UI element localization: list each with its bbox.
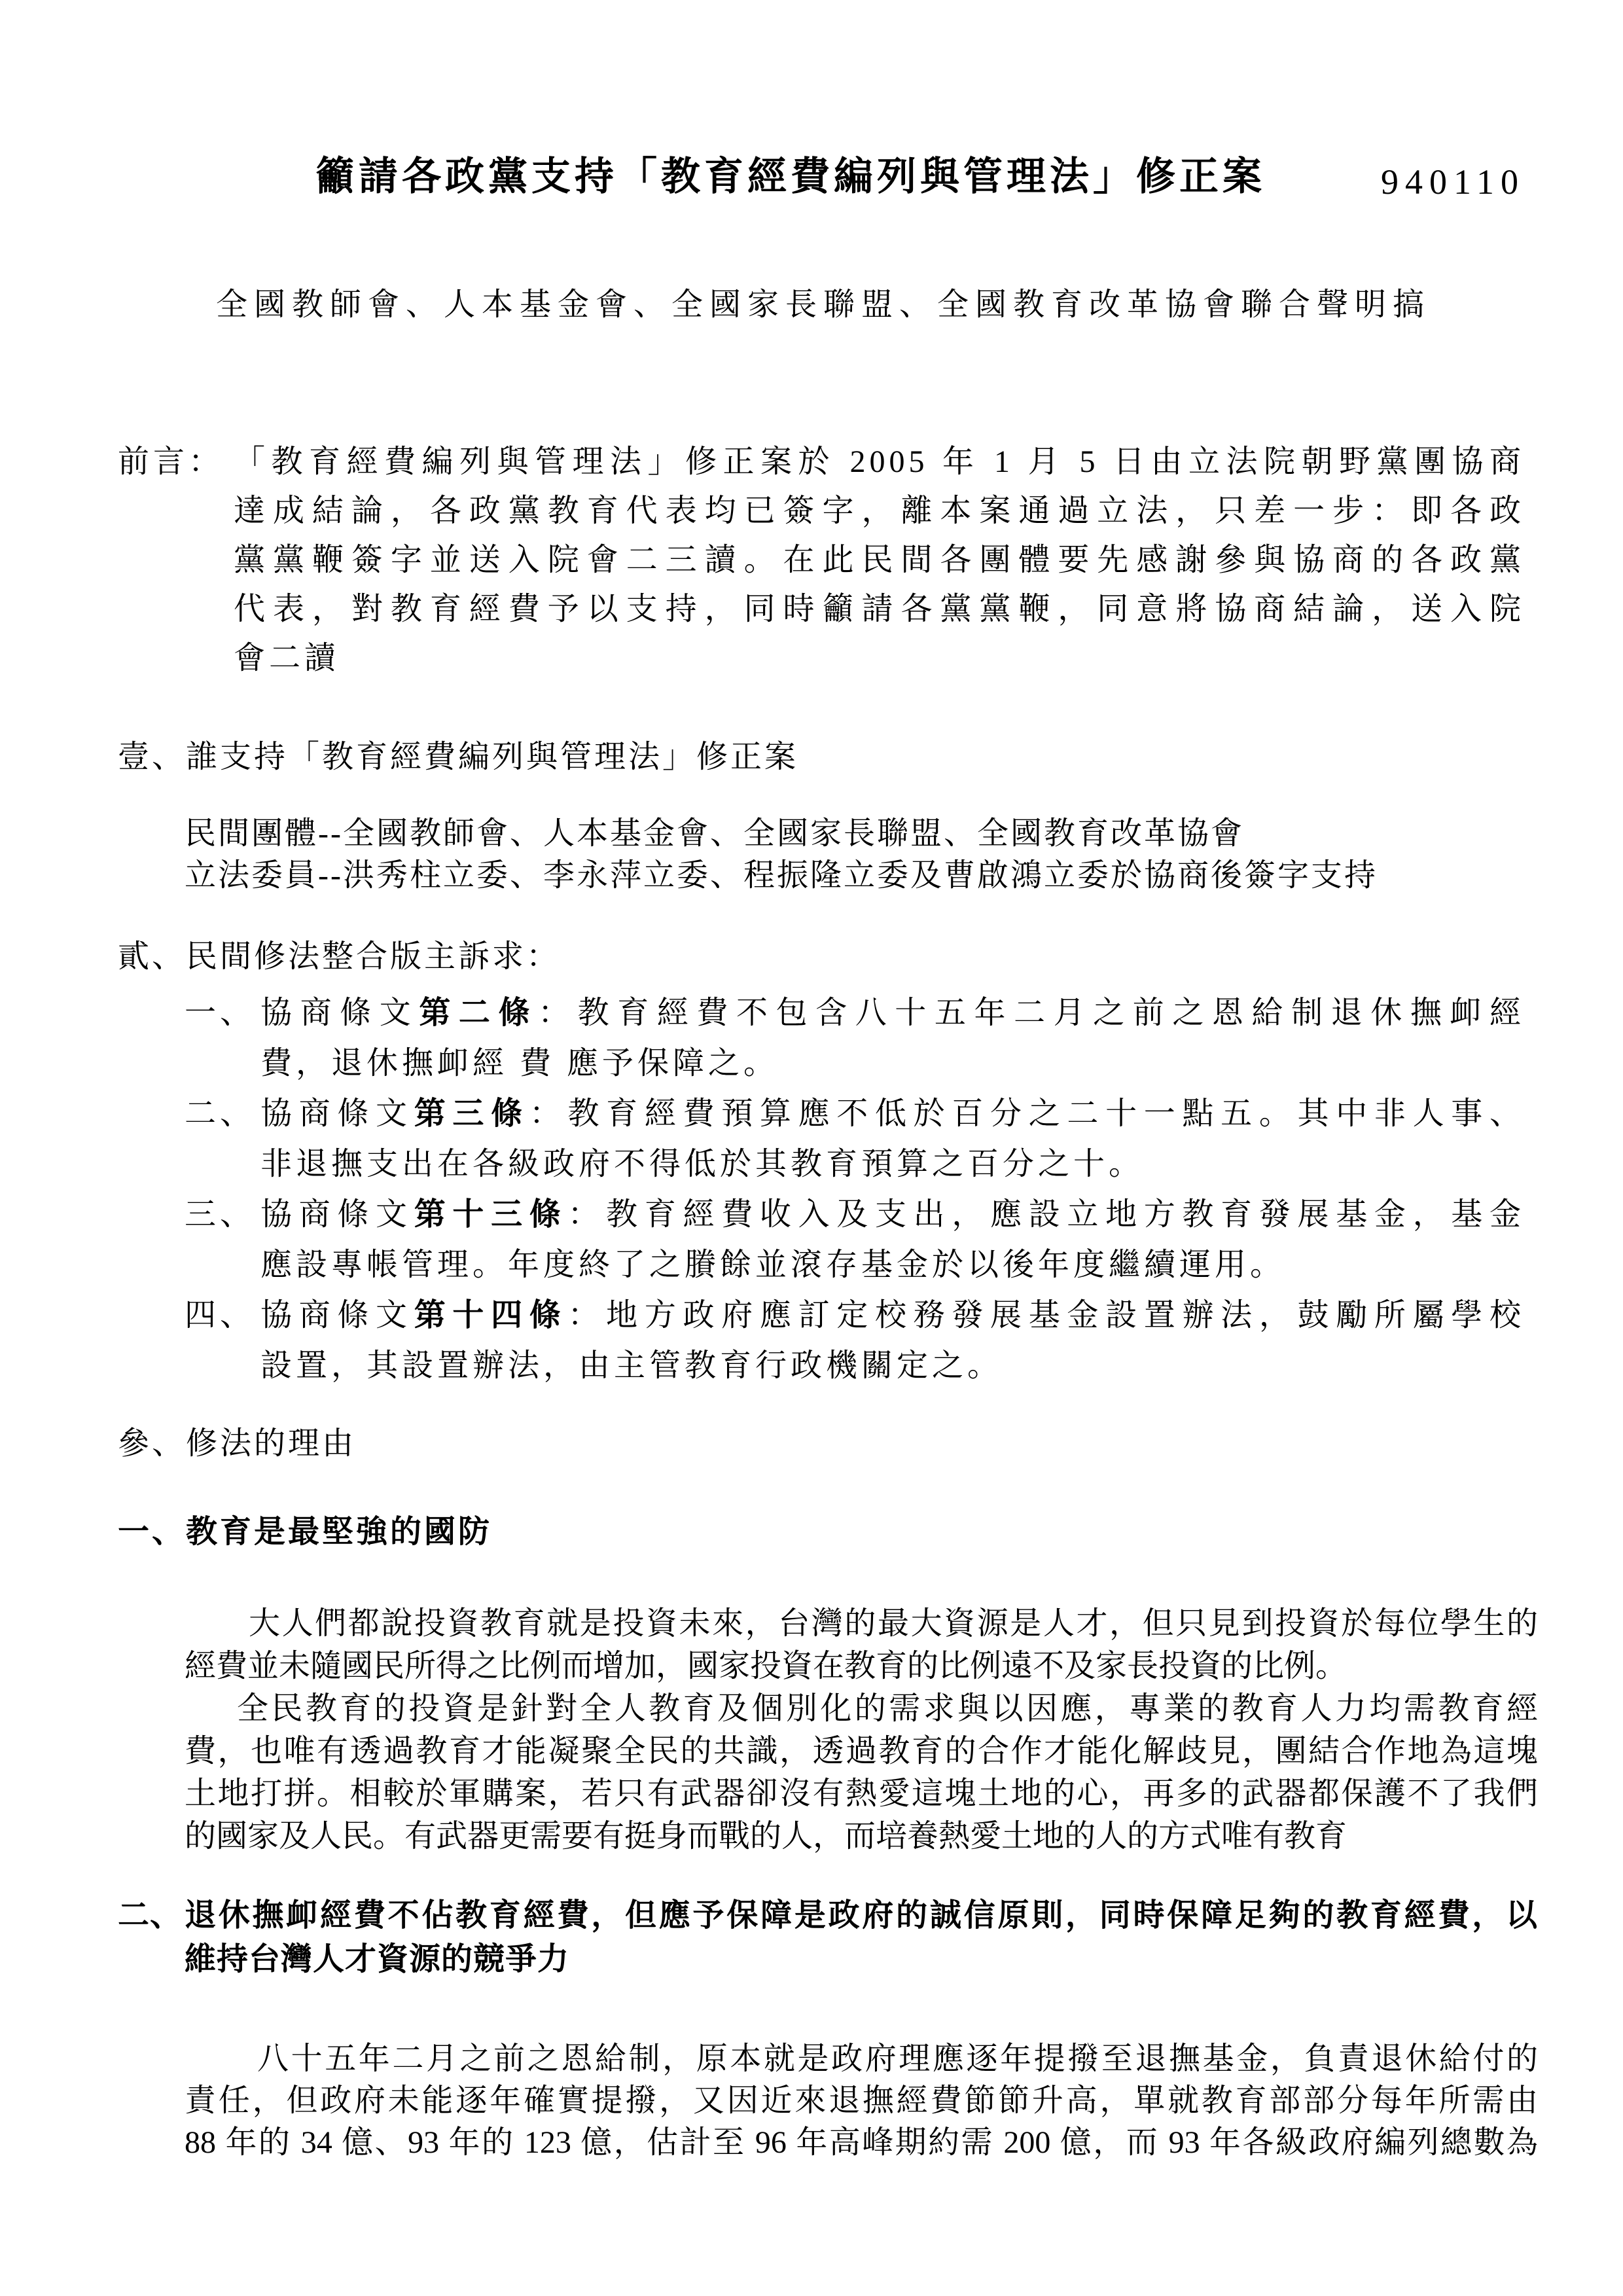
preface-line: 達成結論，各政黨教育代表均已簽字，離本案通過立法，只差一步：即各政 bbox=[234, 486, 1525, 535]
preface: 前言： 「教育經費編列與管理法」修正案於 2005 年 1 月 5 日由立法院朝… bbox=[118, 437, 1525, 683]
paragraph-line: 責任，但政府未能逐年確實提撥，又因近來退撫經費節節升高，單就教育部部分每年所需由 bbox=[185, 2080, 1538, 2122]
item-line: 費，退休撫卹經 費 應予保障之。 bbox=[260, 1038, 1525, 1088]
reason-2-marker: 二、 bbox=[118, 1893, 182, 1937]
item-line: 協商條文第十四條：地方政府應訂定校務發展基金設置辦法，鼓勵所屬學校 bbox=[260, 1290, 1525, 1340]
subtitle: 全國教師會、人本基金會、全國家長聯盟、全國教育改革協會聯合聲明搞 bbox=[216, 280, 1525, 330]
item-article-bold: 第三條 bbox=[414, 1096, 529, 1131]
reason-2-paragraph: 八十五年二月之前之恩給制，原本就是政府理應逐年提撥至退撫基金，負責退休給付的 責… bbox=[185, 2038, 1538, 2164]
reason-1-paragraph: 大人們都說投資教育就是投資未來，台灣的最大資源是人才，但只見到投資於每位學生的 … bbox=[185, 1602, 1538, 1857]
preface-line: 「教育經費編列與管理法」修正案於 2005 年 1 月 5 日由立法院朝野黨團協… bbox=[234, 437, 1525, 486]
civil-groups-line: 民間團體--全國教師會、人本基金會、全國家長聯盟、全國教育改革協會 bbox=[185, 813, 1525, 855]
paragraph-line: 土地打拼。相較於軍購案，若只有武器卻沒有熱愛這塊土地的心，再多的武器都保護不了我… bbox=[185, 1772, 1538, 1815]
list-item: 三、 協商條文第十三條：教育經費收入及支出，應設立地方教育發展基金，基金 應設專… bbox=[185, 1189, 1525, 1290]
item-text-rest: ：教育經費收入及支出，應設立地方教育發展基金，基金 bbox=[568, 1197, 1525, 1232]
item-article-bold: 第十三條 bbox=[414, 1197, 568, 1232]
title-row: 籲請各政黨支持「教育經費編列與管理法」修正案 940110 bbox=[118, 151, 1525, 213]
doc-number: 940110 bbox=[1381, 156, 1525, 208]
list-item: 四、 協商條文第十四條：地方政府應訂定校務發展基金設置辦法，鼓勵所屬學校 設置，… bbox=[185, 1290, 1525, 1391]
reason-2-heading: 二、 退休撫卹經費不佔教育經費，但應予保障是政府的誠信原則，同時保障足夠的教育經… bbox=[118, 1893, 1538, 1981]
item-text-pre: 協商條文 bbox=[260, 1197, 414, 1232]
item-line: 非退撫支出在各級政府不得低於其教育預算之百分之十。 bbox=[260, 1139, 1525, 1189]
paragraph-line: 大人們都說投資教育就是投資未來，台灣的最大資源是人才，但只見到投資於每位學生的 bbox=[185, 1602, 1538, 1645]
item-line: 設置，其設置辦法，由主管教育行政機關定之。 bbox=[260, 1340, 1525, 1391]
item-marker: 二、 bbox=[185, 1088, 255, 1139]
item-line: 應設專帳管理。年度終了之賸餘並滾存基金於以後年度繼續運用。 bbox=[260, 1240, 1525, 1290]
section-1-body: 民間團體--全國教師會、人本基金會、全國家長聯盟、全國教育改革協會 立法委員--… bbox=[185, 813, 1525, 897]
item-line: 協商條文第三條：教育經費預算應不低於百分之二十一點五。其中非人事、 bbox=[260, 1088, 1525, 1139]
reason-1-heading: 一、教育是最堅強的國防 bbox=[118, 1507, 1525, 1556]
paragraph-line: 經費並未隨國民所得之比例而增加，國家投資在教育的比例遠不及家長投資的比例。 bbox=[185, 1645, 1538, 1687]
item-article-bold: 第二條 bbox=[419, 996, 538, 1030]
list-item: 二、 協商條文第三條：教育經費預算應不低於百分之二十一點五。其中非人事、 非退撫… bbox=[185, 1088, 1525, 1189]
section-3-heading: 參、修法的理由 bbox=[118, 1419, 1525, 1468]
item-text-rest: ：教育經費不包含八十五年二月之前之恩給制退休撫卹經 bbox=[538, 996, 1525, 1030]
paragraph-line: 88 年的 34 億、93 年的 123 億，估計至 96 年高峰期約需 200… bbox=[185, 2122, 1538, 2164]
item-text-pre: 協商條文 bbox=[260, 996, 419, 1030]
preface-label: 前言： bbox=[118, 437, 224, 486]
item-article-bold: 第十四條 bbox=[414, 1298, 568, 1333]
legislators-line: 立法委員--洪秀柱立委、李永萍立委、程振隆立委及曹啟鴻立委於協商後簽字支持 bbox=[185, 855, 1525, 897]
document-page: 籲請各政黨支持「教育經費編列與管理法」修正案 940110 全國教師會、人本基金… bbox=[0, 0, 1623, 2296]
item-text-rest: ：教育經費預算應不低於百分之二十一點五。其中非人事、 bbox=[529, 1096, 1525, 1131]
paragraph-line: 的國家及人民。有武器更需要有挺身而戰的人，而培養熱愛土地的人的方式唯有教育 bbox=[185, 1815, 1538, 1857]
item-text-rest: ：地方政府應訂定校務發展基金設置辦法，鼓勵所屬學校 bbox=[568, 1298, 1525, 1333]
list-item: 一、 協商條文第二條：教育經費不包含八十五年二月之前之恩給制退休撫卹經 費，退休… bbox=[185, 988, 1525, 1088]
heading-line: 維持台灣人才資源的競爭力 bbox=[185, 1937, 1538, 1981]
item-line: 協商條文第十三條：教育經費收入及支出，應設立地方教育發展基金，基金 bbox=[260, 1189, 1525, 1240]
heading-line: 退休撫卹經費不佔教育經費，但應予保障是政府的誠信原則，同時保障足夠的教育經費，以 bbox=[185, 1893, 1538, 1937]
preface-line: 代表，對教育經費予以支持，同時籲請各黨黨鞭，同意將協商結論，送入院 bbox=[234, 584, 1525, 634]
item-text-pre: 協商條文 bbox=[260, 1096, 414, 1131]
preface-line: 黨黨鞭簽字並送入院會二三讀。在此民間各團體要先感謝參與協商的各政黨 bbox=[234, 535, 1525, 584]
paragraph-line: 八十五年二月之前之恩給制，原本就是政府理應逐年提撥至退撫基金，負責退休給付的 bbox=[185, 2038, 1538, 2080]
item-marker: 一、 bbox=[185, 988, 255, 1038]
section-1-heading: 壹、誰支持「教育經費編列與管理法」修正案 bbox=[118, 732, 1525, 781]
page-title: 籲請各政黨支持「教育經費編列與管理法」修正案 bbox=[315, 155, 1266, 198]
section-2-heading: 貳、民間修法整合版主訴求： bbox=[118, 932, 1525, 981]
paragraph-line: 全民教育的投資是針對全人教育及個別化的需求與以因應，專業的教育人力均需教育經 bbox=[185, 1687, 1538, 1730]
item-text-pre: 協商條文 bbox=[260, 1298, 414, 1333]
item-line: 協商條文第二條：教育經費不包含八十五年二月之前之恩給制退休撫卹經 bbox=[260, 988, 1525, 1038]
preface-line: 會二讀 bbox=[234, 634, 1525, 683]
item-marker: 三、 bbox=[185, 1189, 255, 1240]
item-marker: 四、 bbox=[185, 1290, 255, 1340]
paragraph-line: 費，也唯有透過教育才能凝聚全民的共識，透過教育的合作才能化解歧見，團結合作地為這… bbox=[185, 1730, 1538, 1772]
demand-list: 一、 協商條文第二條：教育經費不包含八十五年二月之前之恩給制退休撫卹經 費，退休… bbox=[185, 988, 1525, 1391]
